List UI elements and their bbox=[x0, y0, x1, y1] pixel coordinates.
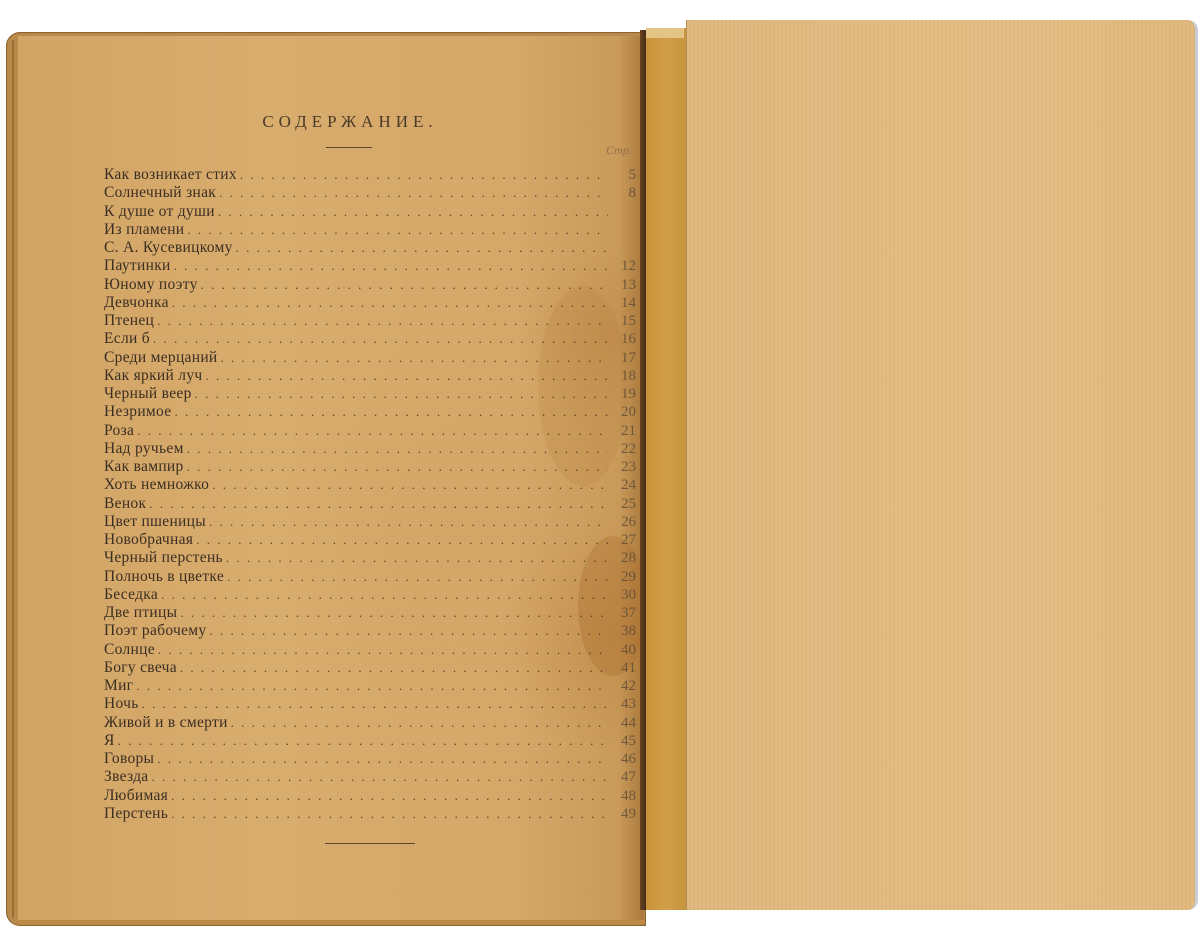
dot-leader bbox=[118, 732, 608, 750]
toc-entry[interactable]: Новобрачная27 bbox=[104, 531, 644, 549]
toc-entry-page: 49 bbox=[612, 805, 636, 823]
toc-entry-title: Венок bbox=[104, 495, 146, 513]
toc-entry[interactable]: Роза21 bbox=[104, 422, 644, 440]
toc-entry-title: Миг bbox=[104, 677, 133, 695]
dot-leader bbox=[187, 221, 608, 239]
page-column-label: Стр. bbox=[606, 143, 632, 158]
toc-entry[interactable]: Полночь в цветке29 bbox=[104, 568, 644, 586]
toc-entry-page: 43 bbox=[612, 695, 636, 713]
toc-entry-page: 16 bbox=[612, 330, 636, 348]
dot-leader bbox=[153, 330, 608, 348]
toc-entry[interactable]: Если б16 bbox=[104, 330, 644, 348]
toc-entry[interactable]: Среди мерцаний17 bbox=[104, 349, 644, 367]
toc-entry-title: Полночь в цветке bbox=[104, 568, 224, 586]
toc-entry-page: 44 bbox=[612, 714, 636, 732]
dot-leader bbox=[221, 349, 608, 367]
dot-leader bbox=[218, 203, 608, 221]
toc-entry-page: 13 bbox=[612, 276, 636, 294]
toc-entry[interactable]: Солнце40 bbox=[104, 641, 644, 659]
toc-entry-page: 5 bbox=[612, 166, 636, 184]
toc-entry[interactable]: Говоры46 bbox=[104, 750, 644, 768]
toc-entry-page: 22 bbox=[612, 440, 636, 458]
toc-entry-title: Говоры bbox=[104, 750, 154, 768]
dot-leader bbox=[195, 385, 608, 403]
dot-leader bbox=[136, 677, 608, 695]
toc-entry-page: 25 bbox=[612, 495, 636, 513]
open-book: СОДЕРЖАНИЕ. Стр. Как возникает стих5Солн… bbox=[0, 0, 1200, 932]
toc-entry-title: Поэт рабочему bbox=[104, 622, 206, 640]
dot-leader bbox=[151, 768, 608, 786]
dot-leader bbox=[149, 495, 608, 513]
table-of-contents: Как возникает стих5Солнечный знак8К душе… bbox=[104, 166, 644, 823]
toc-entry-title: Птенец bbox=[104, 312, 154, 330]
toc-entry-title: Солнце bbox=[104, 641, 155, 659]
toc-entry-page: 45 bbox=[612, 732, 636, 750]
toc-entry-title: Новобрачная bbox=[104, 531, 193, 549]
heading-rule bbox=[326, 147, 372, 148]
dot-leader bbox=[227, 568, 608, 586]
toc-entry-title: Перстень bbox=[104, 805, 168, 823]
toc-entry-title: Живой и в смерти bbox=[104, 714, 228, 732]
toc-entry-title: Две птицы bbox=[104, 604, 177, 622]
toc-entry[interactable]: Черный веер19 bbox=[104, 385, 644, 403]
dot-leader bbox=[158, 641, 608, 659]
toc-entry-title: Юному поэту bbox=[104, 276, 198, 294]
toc-entry[interactable]: Юному поэту13 bbox=[104, 276, 644, 294]
toc-entry-title: Девчонка bbox=[104, 294, 169, 312]
dot-leader bbox=[142, 695, 608, 713]
toc-entry-page: 29 bbox=[612, 568, 636, 586]
toc-entry[interactable]: Поэт рабочему38 bbox=[104, 622, 644, 640]
dot-leader bbox=[157, 750, 608, 768]
toc-entry-title: Я bbox=[104, 732, 115, 750]
dot-leader bbox=[174, 403, 608, 421]
toc-entry[interactable]: Звезда47 bbox=[104, 768, 644, 786]
dot-leader bbox=[157, 312, 608, 330]
toc-entry-title: Роза bbox=[104, 422, 134, 440]
toc-entry-page: 26 bbox=[612, 513, 636, 531]
toc-entry-page: 23 bbox=[612, 458, 636, 476]
toc-entry-title: Любимая bbox=[104, 787, 168, 805]
toc-entry[interactable]: Я45 bbox=[104, 732, 644, 750]
toc-entry-page: 38 bbox=[612, 622, 636, 640]
toc-entry-page: 14 bbox=[612, 294, 636, 312]
toc-entry[interactable]: Цвет пшеницы26 bbox=[104, 513, 644, 531]
toc-entry[interactable]: Беседка30 bbox=[104, 586, 644, 604]
spine-strip bbox=[646, 28, 686, 910]
toc-entry[interactable]: Богу свеча41 bbox=[104, 659, 644, 677]
toc-entry-page: 15 bbox=[612, 312, 636, 330]
toc-entry-page: 47 bbox=[612, 768, 636, 786]
dot-leader bbox=[209, 622, 608, 640]
toc-entry-title: К душе от души bbox=[104, 203, 215, 221]
toc-entry-title: Паутинки bbox=[104, 257, 171, 275]
toc-entry-title: С. А. Кусевицкому bbox=[104, 239, 233, 257]
toc-entry-page: 27 bbox=[612, 531, 636, 549]
toc-entry-title: Как вампир bbox=[104, 458, 184, 476]
toc-entry-page: 30 bbox=[612, 586, 636, 604]
dot-leader bbox=[171, 787, 608, 805]
toc-entry[interactable]: Живой и в смерти44 bbox=[104, 714, 644, 732]
dot-leader bbox=[172, 294, 608, 312]
toc-entry-title: Ночь bbox=[104, 695, 139, 713]
dot-leader bbox=[161, 586, 608, 604]
toc-entry-title: Если б bbox=[104, 330, 150, 348]
toc-entry-title: Цвет пшеницы bbox=[104, 513, 206, 531]
dot-leader bbox=[196, 531, 608, 549]
toc-entry[interactable]: Две птицы37 bbox=[104, 604, 644, 622]
toc-entry[interactable]: Как вампир23 bbox=[104, 458, 644, 476]
dot-leader bbox=[187, 458, 608, 476]
toc-entry-page: 12 bbox=[612, 257, 636, 275]
dot-leader bbox=[171, 805, 608, 823]
right-page-blank bbox=[686, 20, 1198, 910]
toc-entry[interactable]: Незримое20 bbox=[104, 403, 644, 421]
toc-entry-title: Как возникает стих bbox=[104, 166, 237, 184]
toc-entry-title: Богу свеча bbox=[104, 659, 177, 677]
dot-leader bbox=[236, 239, 608, 257]
dot-leader bbox=[201, 276, 608, 294]
toc-entry-title: Солнечный знак bbox=[104, 184, 216, 202]
toc-entry[interactable]: Хоть немножко24 bbox=[104, 476, 644, 494]
toc-entry-page: 17 bbox=[612, 349, 636, 367]
toc-entry-title: Хоть немножко bbox=[104, 476, 209, 494]
toc-entry-title: Среди мерцаний bbox=[104, 349, 218, 367]
dot-leader bbox=[187, 440, 608, 458]
spine-strip-top bbox=[646, 28, 684, 38]
page-edge bbox=[12, 40, 14, 918]
toc-entry-title: Беседка bbox=[104, 586, 158, 604]
toc-entry-page: 20 bbox=[612, 403, 636, 421]
toc-entry[interactable]: Солнечный знак8 bbox=[104, 184, 644, 202]
dot-leader bbox=[209, 513, 608, 531]
toc-entry[interactable]: Любимая48 bbox=[104, 787, 644, 805]
toc-heading: СОДЕРЖАНИЕ. bbox=[0, 112, 600, 132]
dot-leader bbox=[180, 604, 608, 622]
toc-entry[interactable]: Как яркий луч18 bbox=[104, 367, 644, 385]
toc-entry-page: 28 bbox=[612, 549, 636, 567]
toc-entry-page: 42 bbox=[612, 677, 636, 695]
toc-entry[interactable]: К душе от души bbox=[104, 203, 644, 221]
toc-entry[interactable]: Перстень49 bbox=[104, 805, 644, 823]
toc-entry[interactable]: Из пламени bbox=[104, 221, 644, 239]
toc-entry-title: Над ручьем bbox=[104, 440, 184, 458]
dot-leader bbox=[205, 367, 608, 385]
toc-entry-title: Из пламени bbox=[104, 221, 184, 239]
toc-entry[interactable]: Миг42 bbox=[104, 677, 644, 695]
toc-entry-page: 40 bbox=[612, 641, 636, 659]
toc-entry[interactable]: Птенец15 bbox=[104, 312, 644, 330]
toc-entry[interactable]: Ночь43 bbox=[104, 695, 644, 713]
dot-leader bbox=[231, 714, 608, 732]
toc-entry-title: Как яркий луч bbox=[104, 367, 202, 385]
dot-leader bbox=[212, 476, 608, 494]
toc-entry-title: Незримое bbox=[104, 403, 171, 421]
toc-entry[interactable]: С. А. Кусевицкому bbox=[104, 239, 644, 257]
toc-heading-text: СОДЕРЖАНИЕ. bbox=[262, 112, 437, 131]
toc-entry-title: Черный веер bbox=[104, 385, 192, 403]
toc-entry-page: 8 bbox=[612, 184, 636, 202]
toc-entry-page: 46 bbox=[612, 750, 636, 768]
dot-leader bbox=[219, 184, 608, 202]
dot-leader bbox=[180, 659, 608, 677]
dot-leader bbox=[240, 166, 608, 184]
toc-entry[interactable]: Девчонка14 bbox=[104, 294, 644, 312]
toc-entry-title: Звезда bbox=[104, 768, 148, 786]
closing-rule bbox=[325, 843, 415, 844]
toc-entry[interactable]: Как возникает стих5 bbox=[104, 166, 644, 184]
toc-entry-page: 21 bbox=[612, 422, 636, 440]
toc-entry-title: Черный перстень bbox=[104, 549, 223, 567]
dot-leader bbox=[174, 257, 608, 275]
toc-entry-page: 37 bbox=[612, 604, 636, 622]
toc-entry[interactable]: Венок25 bbox=[104, 495, 644, 513]
toc-entry[interactable]: Над ручьем22 bbox=[104, 440, 644, 458]
dot-leader bbox=[226, 549, 608, 567]
toc-entry-page: 41 bbox=[612, 659, 636, 677]
toc-entry-page: 18 bbox=[612, 367, 636, 385]
dot-leader bbox=[137, 422, 608, 440]
toc-entry[interactable]: Черный перстень28 bbox=[104, 549, 644, 567]
toc-entry[interactable]: Паутинки12 bbox=[104, 257, 644, 275]
toc-entry-page: 24 bbox=[612, 476, 636, 494]
toc-entry-page: 19 bbox=[612, 385, 636, 403]
toc-entry-page: 48 bbox=[612, 787, 636, 805]
